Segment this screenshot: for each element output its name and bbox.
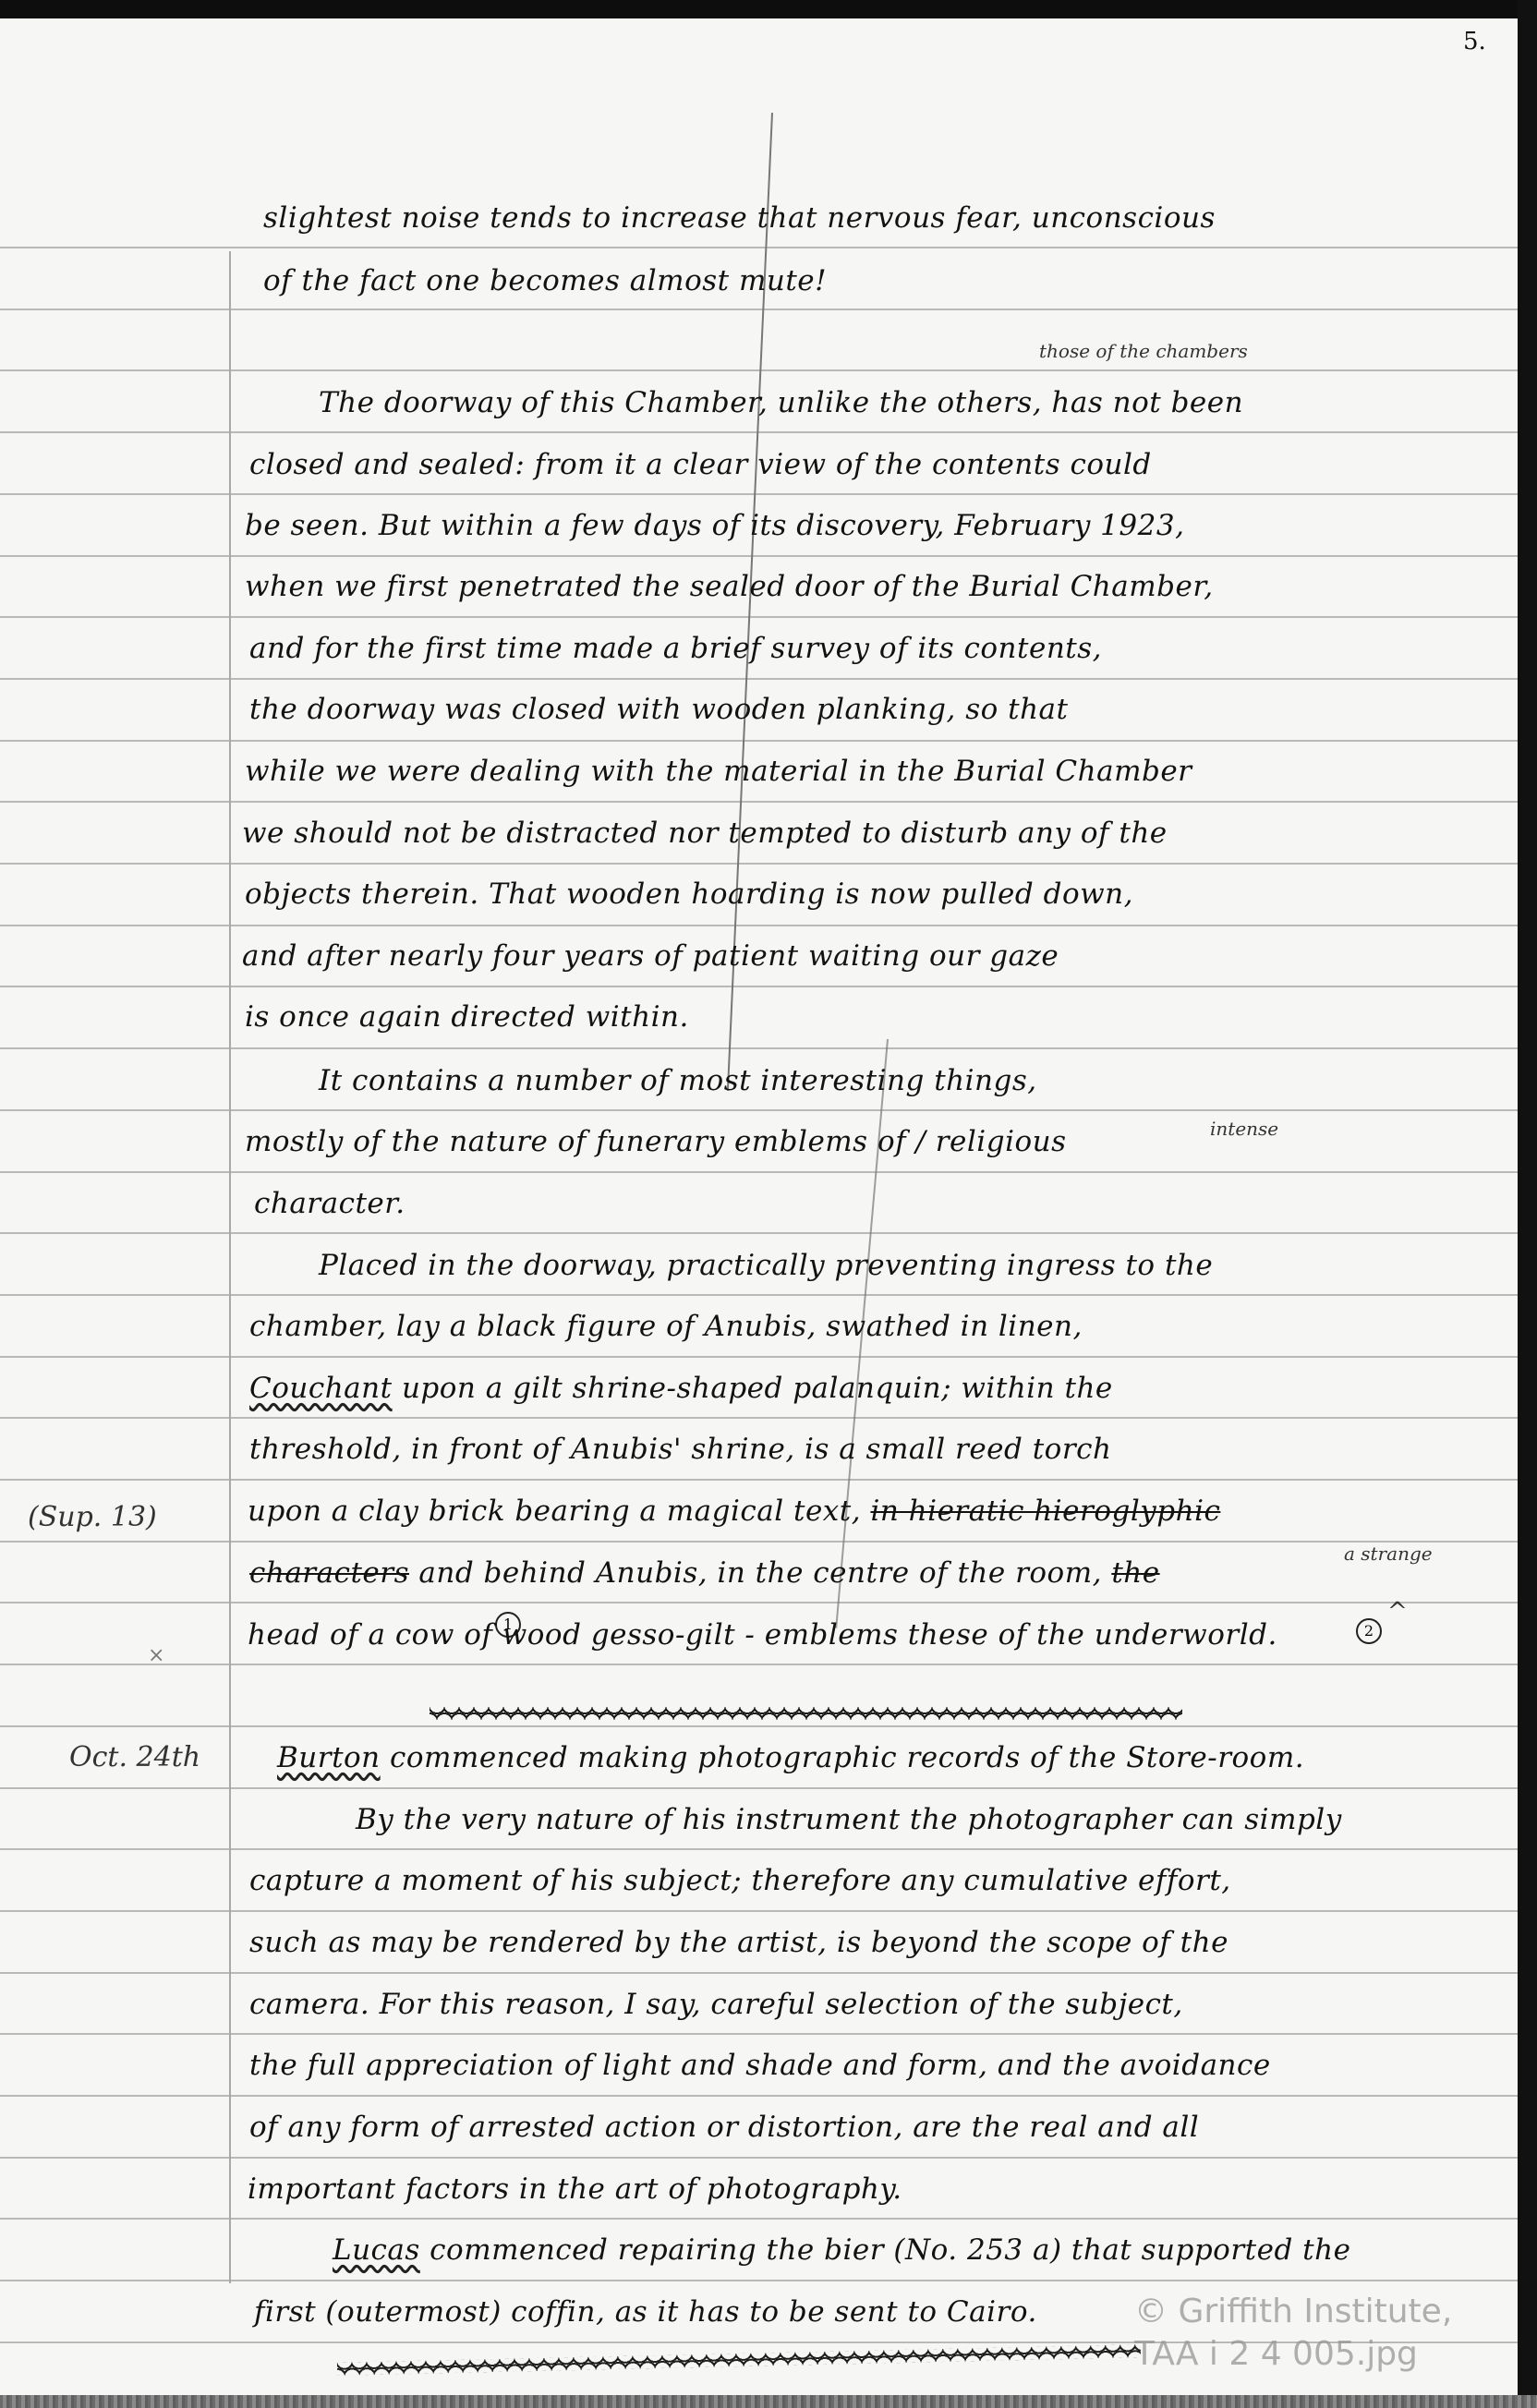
copyright-watermark: © Griffith Institute, TAA i 2 4 005.jpg [1134,2291,1452,2376]
ruled-line [0,2280,1518,2281]
ruled-line [0,2033,1518,2035]
interlinear-note: a strange [1344,1543,1433,1565]
ruled-line [0,1109,1518,1111]
text-line: Couchant upon a gilt shrine-shaped palan… [249,1372,1113,1405]
ruled-line [0,555,1518,557]
ruled-line [0,678,1518,680]
entry-date: Oct. 24th [69,1741,200,1773]
interlinear-note: intense [1210,1118,1278,1140]
interlinear-note: those of the chambers [1039,340,1248,362]
text-line: first (outermost) coffin, as it has to b… [254,2295,1037,2329]
text-line: threshold, in front of Anubis' shrine, i… [249,1433,1112,1466]
ruled-line [0,801,1518,803]
text-line: characters and behind Anubis, in the cen… [249,1556,1160,1590]
text-line: is once again directed within. [245,1000,689,1034]
line-text: and behind Anubis, in the centre of the … [418,1556,1102,1590]
text-line: such as may be rendered by the artist, i… [249,1926,1228,1959]
margin-reference: (Sup. 13) [28,1501,157,1533]
margin-x-mark: × [148,1644,164,1667]
ruled-line [0,1602,1518,1603]
ruled-line [0,493,1518,495]
ruled-line [0,247,1518,248]
text-line: when we first penetrated the sealed door… [245,570,1214,603]
caret-mark: ^ [1387,1598,1408,1626]
ruled-line [0,986,1518,987]
ruled-line [0,1787,1518,1789]
ruled-line [0,1910,1518,1912]
emphasis-lucas: Lucas [333,2233,420,2267]
text-line: be seen. But within a few days of its di… [245,509,1184,542]
ruled-line [0,925,1518,926]
ruled-line [0,1479,1518,1481]
text-line: the full appreciation of light and shade… [249,2049,1271,2082]
text-line: closed and sealed: from it a clear view … [249,448,1152,481]
page-number: 5. [1463,28,1486,55]
text-line: objects therein. That wooden hoarding is… [245,877,1133,911]
ruled-line [0,431,1518,433]
line-text: commenced repairing the bier (No. 253 a)… [430,2233,1350,2267]
scan-bottom-strip [0,2395,1537,2408]
text-line: and for the first time made a brief surv… [249,632,1102,665]
scan-right-border [1518,0,1537,2408]
margin-rule [229,251,231,2283]
scan-top-border [0,0,1537,18]
text-line: Placed in the doorway, practically preve… [319,1249,1213,1282]
ruled-line [0,1356,1518,1358]
struck-text: characters [249,1556,409,1590]
emphasis-couchant: Couchant [249,1372,393,1405]
text-line: character. [254,1187,405,1220]
ruled-line [0,1972,1518,1974]
text-line: It contains a number of most interesting… [319,1064,1037,1097]
ruled-line [0,1541,1518,1543]
ruled-line [0,2218,1518,2220]
line-text: upon a clay brick bearing a magical text… [248,1494,861,1528]
text-line: of the fact one becomes almost mute! [263,264,827,297]
struck-text: in hieratic hieroglyphic [870,1494,1220,1528]
watermark-line-1: © Griffith Institute, [1134,2291,1452,2333]
emphasis-burton: Burton [277,1741,381,1774]
text-line: Burton commenced making photographic rec… [277,1741,1304,1774]
text-line: camera. For this reason, I say, careful … [249,1988,1183,2021]
ruled-line [0,1232,1518,1234]
text-line: we should not be distracted nor tempted … [242,817,1168,850]
text-line: capture a moment of his subject; therefo… [249,1864,1231,1897]
text-line: and after nearly four years of patient w… [242,939,1059,973]
text-line: of any form of arrested action or distor… [249,2111,1199,2144]
line-continuation: upon a gilt shrine-shaped palanquin; wit… [402,1372,1113,1405]
ruled-line [0,2095,1518,2097]
ruled-line [0,2157,1518,2159]
footnote-marker-2: 2 [1356,1618,1382,1644]
struck-text: the [1111,1556,1159,1590]
ruled-line [0,616,1518,618]
line-text: commenced making photographic records of… [390,1741,1304,1774]
text-line: The doorway of this Chamber, unlike the … [319,386,1243,419]
text-line: head of a cow of wood gesso-gilt - emble… [248,1618,1277,1652]
text-line: Lucas commenced repairing the bier (No. … [333,2233,1350,2267]
ruled-line [0,863,1518,865]
notebook-page [0,18,1518,2395]
section-divider [430,1707,1182,1722]
text-line: upon a clay brick bearing a magical text… [248,1494,1220,1528]
ruled-line [0,1725,1518,1727]
text-line: important factors in the art of photogra… [248,2172,902,2206]
ruled-line [0,1417,1518,1419]
text-line: slightest noise tends to increase that n… [263,201,1216,235]
text-line: the doorway was closed with wooden plank… [249,693,1068,726]
ruled-line [0,1047,1518,1049]
ruled-line [0,1294,1518,1296]
text-line: By the very nature of his instrument the… [356,1803,1342,1836]
text-line: mostly of the nature of funerary emblems… [245,1125,1067,1158]
ruled-line [0,740,1518,742]
ruled-line [0,1171,1518,1173]
ruled-line [0,1664,1518,1665]
watermark-line-2: TAA i 2 4 005.jpg [1134,2333,1452,2376]
ruled-line [0,1848,1518,1850]
text-line: chamber, lay a black figure of Anubis, s… [249,1310,1083,1343]
text-line: while we were dealing with the material … [245,755,1192,788]
ruled-line [0,309,1518,310]
